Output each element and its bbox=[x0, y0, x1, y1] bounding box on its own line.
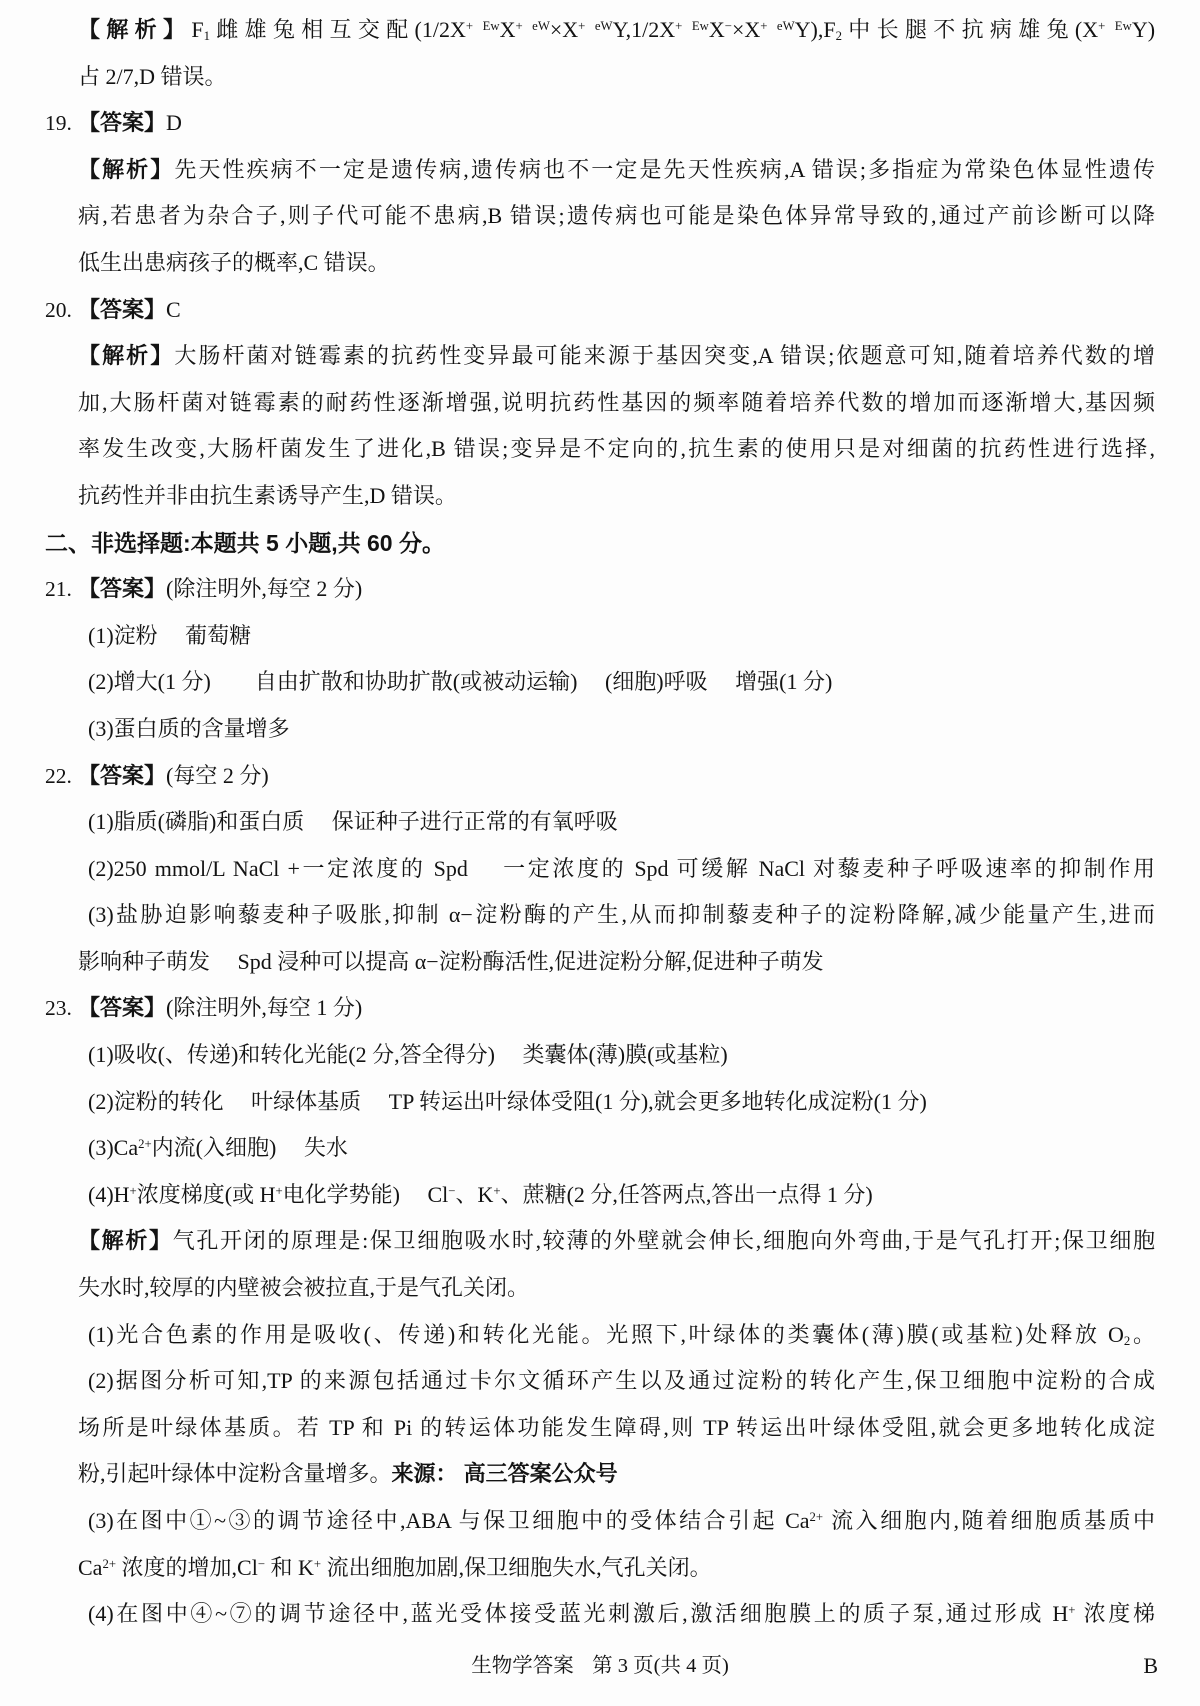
text-line: (4)H+浓度梯度(或 H+电化学势能) Cl−、K+、蔗糖(2 分,任答两点,… bbox=[88, 1172, 1155, 1219]
text-segment: (2)增大(1 分) 自由扩散和协助扩散(或被动运输) (细胞)呼吸 增强(1 … bbox=[88, 669, 832, 694]
text-segment: 二、非选择题:本题共 5 小题,共 60 分。 bbox=[45, 530, 445, 556]
text-segment: (2)淀粉的转化 叶绿体基质 TP 转运出叶绿体受阻(1 分),就会更多地转化成… bbox=[88, 1089, 927, 1114]
text-segment: F1雌雄兔相互交配(1/2X+ EwX+ eW×X+ eWY,1/2X+ EwX… bbox=[191, 17, 1155, 42]
text-line: (2)增大(1 分) 自由扩散和协助扩散(或被动运输) (细胞)呼吸 增强(1 … bbox=[88, 659, 1155, 706]
text-segment: (4)H+浓度梯度(或 H+电化学势能) Cl−、K+、蔗糖(2 分,任答两点,… bbox=[88, 1182, 873, 1207]
text-segment: 【解析】 bbox=[78, 17, 191, 42]
text-line: (4)在图中④~⑦的调节途径中,蓝光受体接受蓝光刺激后,激活细胞膜上的质子泵,通… bbox=[88, 1591, 1155, 1638]
text-segment: (3)盐胁迫影响藜麦种子吸胀,抑制 α−淀粉酶的产生,从而抑制藜麦种子的淀粉降解… bbox=[88, 902, 1155, 927]
text-line: 【解析】大肠杆菌对链霉素的抗药性变异最可能来源于基因突变,A 错误;依题意可知,… bbox=[78, 333, 1155, 380]
text-line: 病,若患者为杂合子,则子代可能不患病,B 错误;遗传病也可能是染色体异常导致的,… bbox=[78, 193, 1155, 240]
question-number: 22. bbox=[45, 753, 72, 800]
text-segment: (1)吸收(、传递)和转化光能(2 分,答全得分) 类囊体(薄)膜(或基粒) bbox=[88, 1042, 728, 1067]
question-number: 20. bbox=[45, 287, 72, 334]
text-segment: 【解析】 bbox=[78, 343, 174, 368]
answer-sheet-page: 【解析】F1雌雄兔相互交配(1/2X+ EwX+ eW×X+ eWY,1/2X+… bbox=[0, 0, 1200, 1706]
text-line: 20.【答案】C bbox=[78, 287, 1155, 334]
text-segment: (1)脂质(磷脂)和蛋白质 保证种子进行正常的有氧呼吸 bbox=[88, 809, 618, 834]
text-segment: 【解析】 bbox=[78, 1228, 173, 1253]
text-segment: 气孔开闭的原理是:保卫细胞吸水时,较薄的外壁就会伸长,细胞向外弯曲,于是气孔打开… bbox=[173, 1228, 1155, 1253]
text-segment: 场所是叶绿体基质。若 TP 和 Pi 的转运体功能发生障碍,则 TP 转运出叶绿… bbox=[78, 1415, 1155, 1440]
text-segment: 加,大肠杆菌对链霉素的耐药性逐渐增强,说明抗药性基因的频率随着培养代数的增加而逐… bbox=[78, 390, 1155, 415]
text-segment: 失水时,较厚的内壁被会被拉直,于是气孔关闭。 bbox=[78, 1275, 529, 1300]
text-segment: 大肠杆菌对链霉素的抗药性变异最可能来源于基因突变,A 错误;依题意可知,随着培养… bbox=[174, 343, 1155, 368]
footer-version-label: B bbox=[1143, 1646, 1158, 1686]
text-segment: C bbox=[166, 297, 181, 322]
question-number: 23. bbox=[45, 985, 72, 1032]
text-line: 影响种子萌发 Spd 浸种可以提高 α−淀粉酶活性,促进淀粉分解,促进种子萌发 bbox=[78, 939, 1155, 986]
text-line: (1)脂质(磷脂)和蛋白质 保证种子进行正常的有氧呼吸 bbox=[88, 799, 1155, 846]
text-line: Ca2+ 浓度的增加,Cl− 和 K+ 流出细胞加剧,保卫细胞失水,气孔关闭。 bbox=[78, 1545, 1155, 1592]
text-line: 占 2/7,D 错误。 bbox=[78, 54, 1155, 101]
text-line: (2)淀粉的转化 叶绿体基质 TP 转运出叶绿体受阻(1 分),就会更多地转化成… bbox=[88, 1079, 1155, 1126]
text-line: 失水时,较厚的内壁被会被拉直,于是气孔关闭。 bbox=[78, 1265, 1155, 1312]
text-line: (1)吸收(、传递)和转化光能(2 分,答全得分) 类囊体(薄)膜(或基粒) bbox=[88, 1032, 1155, 1079]
text-line: 【解析】先天性疾病不一定是遗传病,遗传病也不一定是先天性疾病,A 错误;多指症为… bbox=[78, 147, 1155, 194]
text-segment: 【解析】 bbox=[78, 157, 174, 182]
text-segment: (除注明外,每空 2 分) bbox=[166, 576, 362, 601]
text-segment: 【答案】 bbox=[78, 763, 166, 788]
text-segment: Ca2+ 浓度的增加,Cl− 和 K+ 流出细胞加剧,保卫细胞失水,气孔关闭。 bbox=[78, 1555, 712, 1580]
text-line: (3)蛋白质的含量增多 bbox=[88, 706, 1155, 753]
text-line: (3)Ca2+内流(入细胞) 失水 bbox=[88, 1125, 1155, 1172]
text-segment: (每空 2 分) bbox=[166, 763, 269, 788]
text-segment: D bbox=[166, 110, 182, 135]
text-segment: 【答案】 bbox=[78, 576, 166, 601]
footer-page-label: 第 3 页(共 4 页) bbox=[592, 1655, 729, 1677]
text-segment: (除注明外,每空 1 分) bbox=[166, 995, 362, 1020]
text-line: (3)在图中①~③的调节途径中,ABA 与保卫细胞中的受体结合引起 Ca2+ 流… bbox=[88, 1498, 1155, 1545]
text-segment: 粉,引起叶绿体中淀粉含量增多。 bbox=[78, 1461, 392, 1486]
page-footer: 生物学答案第 3 页(共 4 页) B bbox=[0, 1646, 1200, 1686]
text-segment: (3)在图中①~③的调节途径中,ABA 与保卫细胞中的受体结合引起 Ca2+ 流… bbox=[88, 1508, 1155, 1533]
document-lines: 【解析】F1雌雄兔相互交配(1/2X+ EwX+ eW×X+ eWY,1/2X+… bbox=[0, 7, 1200, 1638]
text-segment: (4)在图中④~⑦的调节途径中,蓝光受体接受蓝光刺激后,激活细胞膜上的质子泵,通… bbox=[88, 1601, 1155, 1626]
text-segment: (1)光合色素的作用是吸收(、传递)和转化光能。光照下,叶绿体的类囊体(薄)膜(… bbox=[88, 1322, 1155, 1347]
text-segment: 率发生改变,大肠杆菌发生了进化,B 错误;变异是不定向的,抗生素的使用只是对细菌… bbox=[78, 436, 1155, 461]
text-line: (3)盐胁迫影响藜麦种子吸胀,抑制 α−淀粉酶的产生,从而抑制藜麦种子的淀粉降解… bbox=[88, 892, 1155, 939]
text-line: 场所是叶绿体基质。若 TP 和 Pi 的转运体功能发生障碍,则 TP 转运出叶绿… bbox=[78, 1405, 1155, 1452]
text-line: 二、非选择题:本题共 5 小题,共 60 分。 bbox=[45, 520, 1155, 567]
text-segment: 先天性疾病不一定是遗传病,遗传病也不一定是先天性疾病,A 错误;多指症为常染色体… bbox=[174, 157, 1155, 182]
text-segment: 【答案】 bbox=[78, 110, 166, 135]
text-segment: 抗药性并非由抗生素诱导产生,D 错误。 bbox=[78, 483, 457, 508]
footer-center: 生物学答案第 3 页(共 4 页) bbox=[0, 1646, 1200, 1686]
text-line: 低生出患病孩子的概率,C 错误。 bbox=[78, 240, 1155, 287]
text-line: 22.【答案】(每空 2 分) bbox=[78, 753, 1155, 800]
text-segment: 影响种子萌发 Spd 浸种可以提高 α−淀粉酶活性,促进淀粉分解,促进种子萌发 bbox=[78, 949, 824, 974]
text-segment: (2)250 mmol/L NaCl +一定浓度的 Spd 一定浓度的 Spd … bbox=[88, 856, 1155, 881]
text-segment: (3)蛋白质的含量增多 bbox=[88, 716, 290, 741]
text-line: 加,大肠杆菌对链霉素的耐药性逐渐增强,说明抗药性基因的频率随着培养代数的增加而逐… bbox=[78, 380, 1155, 427]
text-line: (2)据图分析可知,TP 的来源包括通过卡尔文循环产生以及通过淀粉的转化产生,保… bbox=[88, 1358, 1155, 1405]
text-line: 粉,引起叶绿体中淀粉含量增多。来源： 高三答案公众号 bbox=[78, 1451, 1155, 1498]
text-line: 率发生改变,大肠杆菌发生了进化,B 错误;变异是不定向的,抗生素的使用只是对细菌… bbox=[78, 426, 1155, 473]
text-segment: 占 2/7,D 错误。 bbox=[78, 64, 227, 89]
text-line: 23.【答案】(除注明外,每空 1 分) bbox=[78, 985, 1155, 1032]
text-segment: 低生出患病孩子的概率,C 错误。 bbox=[78, 250, 390, 275]
text-segment: 【答案】 bbox=[78, 297, 166, 322]
text-segment: 来源： 高三答案公众号 bbox=[392, 1461, 618, 1486]
text-line: 抗药性并非由抗生素诱导产生,D 错误。 bbox=[78, 473, 1155, 520]
text-segment: (2)据图分析可知,TP 的来源包括通过卡尔文循环产生以及通过淀粉的转化产生,保… bbox=[88, 1368, 1155, 1393]
text-line: 【解析】气孔开闭的原理是:保卫细胞吸水时,较薄的外壁就会伸长,细胞向外弯曲,于是… bbox=[78, 1218, 1155, 1265]
text-segment: 【答案】 bbox=[78, 995, 166, 1020]
text-segment: 病,若患者为杂合子,则子代可能不患病,B 错误;遗传病也可能是染色体异常导致的,… bbox=[78, 203, 1155, 228]
text-line: (1)淀粉 葡萄糖 bbox=[88, 613, 1155, 660]
text-segment: (3)Ca2+内流(入细胞) 失水 bbox=[88, 1135, 348, 1160]
question-number: 21. bbox=[45, 566, 72, 613]
footer-doc-title: 生物学答案 bbox=[471, 1655, 574, 1677]
text-line: (2)250 mmol/L NaCl +一定浓度的 Spd 一定浓度的 Spd … bbox=[88, 846, 1155, 893]
text-line: 【解析】F1雌雄兔相互交配(1/2X+ EwX+ eW×X+ eWY,1/2X+… bbox=[78, 7, 1155, 54]
text-segment: (1)淀粉 葡萄糖 bbox=[88, 623, 251, 648]
text-line: 21.【答案】(除注明外,每空 2 分) bbox=[78, 566, 1155, 613]
text-line: 19.【答案】D bbox=[78, 100, 1155, 147]
question-number: 19. bbox=[45, 100, 72, 147]
text-line: (1)光合色素的作用是吸收(、传递)和转化光能。光照下,叶绿体的类囊体(薄)膜(… bbox=[88, 1312, 1155, 1359]
